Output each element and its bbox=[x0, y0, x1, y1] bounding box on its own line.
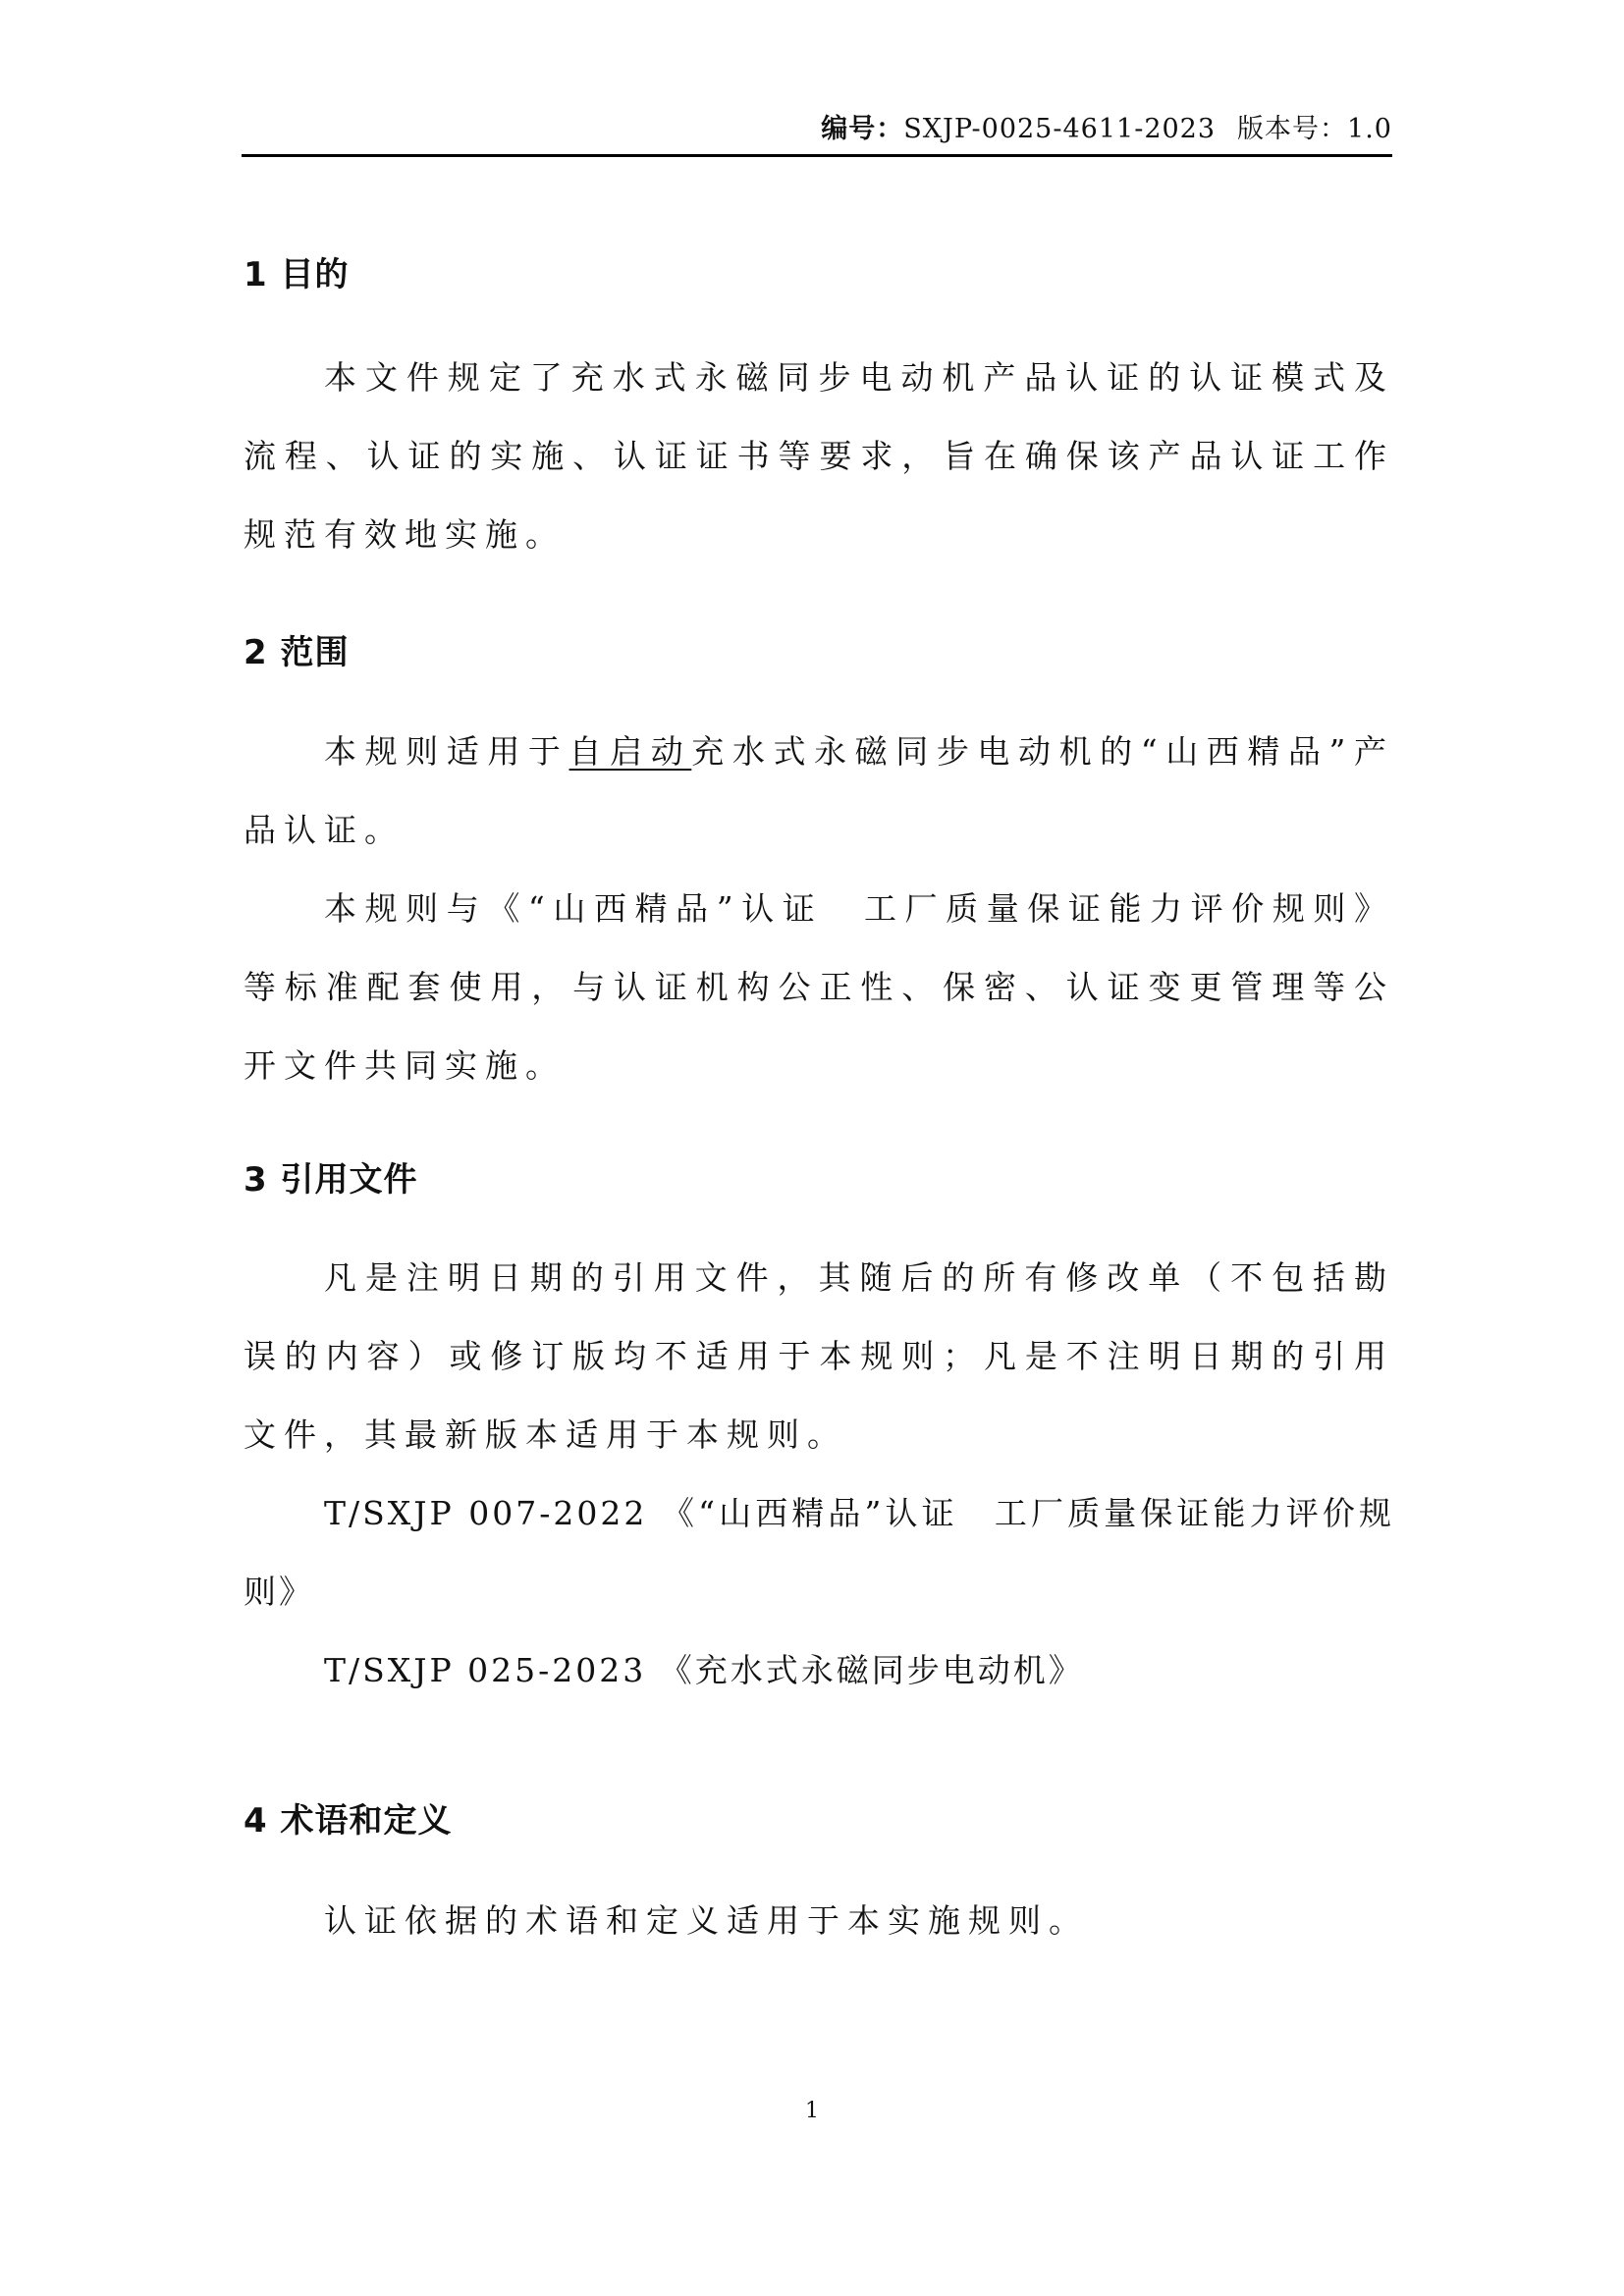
section-paragraph: 认证依据的术语和定义适用于本实施规则。 bbox=[244, 1882, 1394, 1960]
section-paragraph: 本文件规定了充水式永磁同步电动机产品认证的认证模式及流程、认证的实施、认证证书等… bbox=[244, 339, 1394, 574]
document-number-value: SXJP-0025-4611-2023 bbox=[903, 114, 1216, 144]
section-paragraph: 本规则与《“山西精品”认证 工厂质量保证能力评价规则》等标准配套使用，与认证机构… bbox=[244, 870, 1394, 1105]
document-page: 编号：SXJP-0025-4611-2023版本号：1.0 1 目的 本文件规定… bbox=[0, 0, 1624, 2296]
section-heading-terms: 4 术语和定义 bbox=[244, 1791, 453, 1850]
header-divider bbox=[242, 154, 1392, 157]
section-heading-references: 3 引用文件 bbox=[244, 1150, 418, 1209]
section-paragraph: 本规则适用于自启动充水式永磁同步电动机的“山西精品”产品认证。 bbox=[244, 713, 1394, 870]
version-label: 版本号： bbox=[1237, 114, 1347, 144]
document-number-label: 编号： bbox=[821, 114, 903, 144]
section-heading-scope: 2 范围 bbox=[244, 623, 350, 682]
underlined-term: 自启动 bbox=[569, 732, 692, 771]
document-header: 编号：SXJP-0025-4611-2023版本号：1.0 bbox=[242, 110, 1392, 159]
reference-item: T/SXJP 007-2022 《“山西精品”认证 工厂质量保证能力评价规则》 bbox=[244, 1474, 1394, 1631]
reference-item: T/SXJP 025-2023 《充水式永磁同步电动机》 bbox=[244, 1631, 1394, 1710]
page-number: 1 bbox=[0, 2099, 1624, 2123]
section-paragraph: 凡是注明日期的引用文件，其随后的所有修改单（不包括勘误的内容）或修订版均不适用于… bbox=[244, 1239, 1394, 1474]
section-heading-purpose: 1 目的 bbox=[244, 245, 350, 304]
paragraph-text: 本规则适用于 bbox=[324, 732, 569, 771]
version-value: 1.0 bbox=[1347, 114, 1392, 144]
